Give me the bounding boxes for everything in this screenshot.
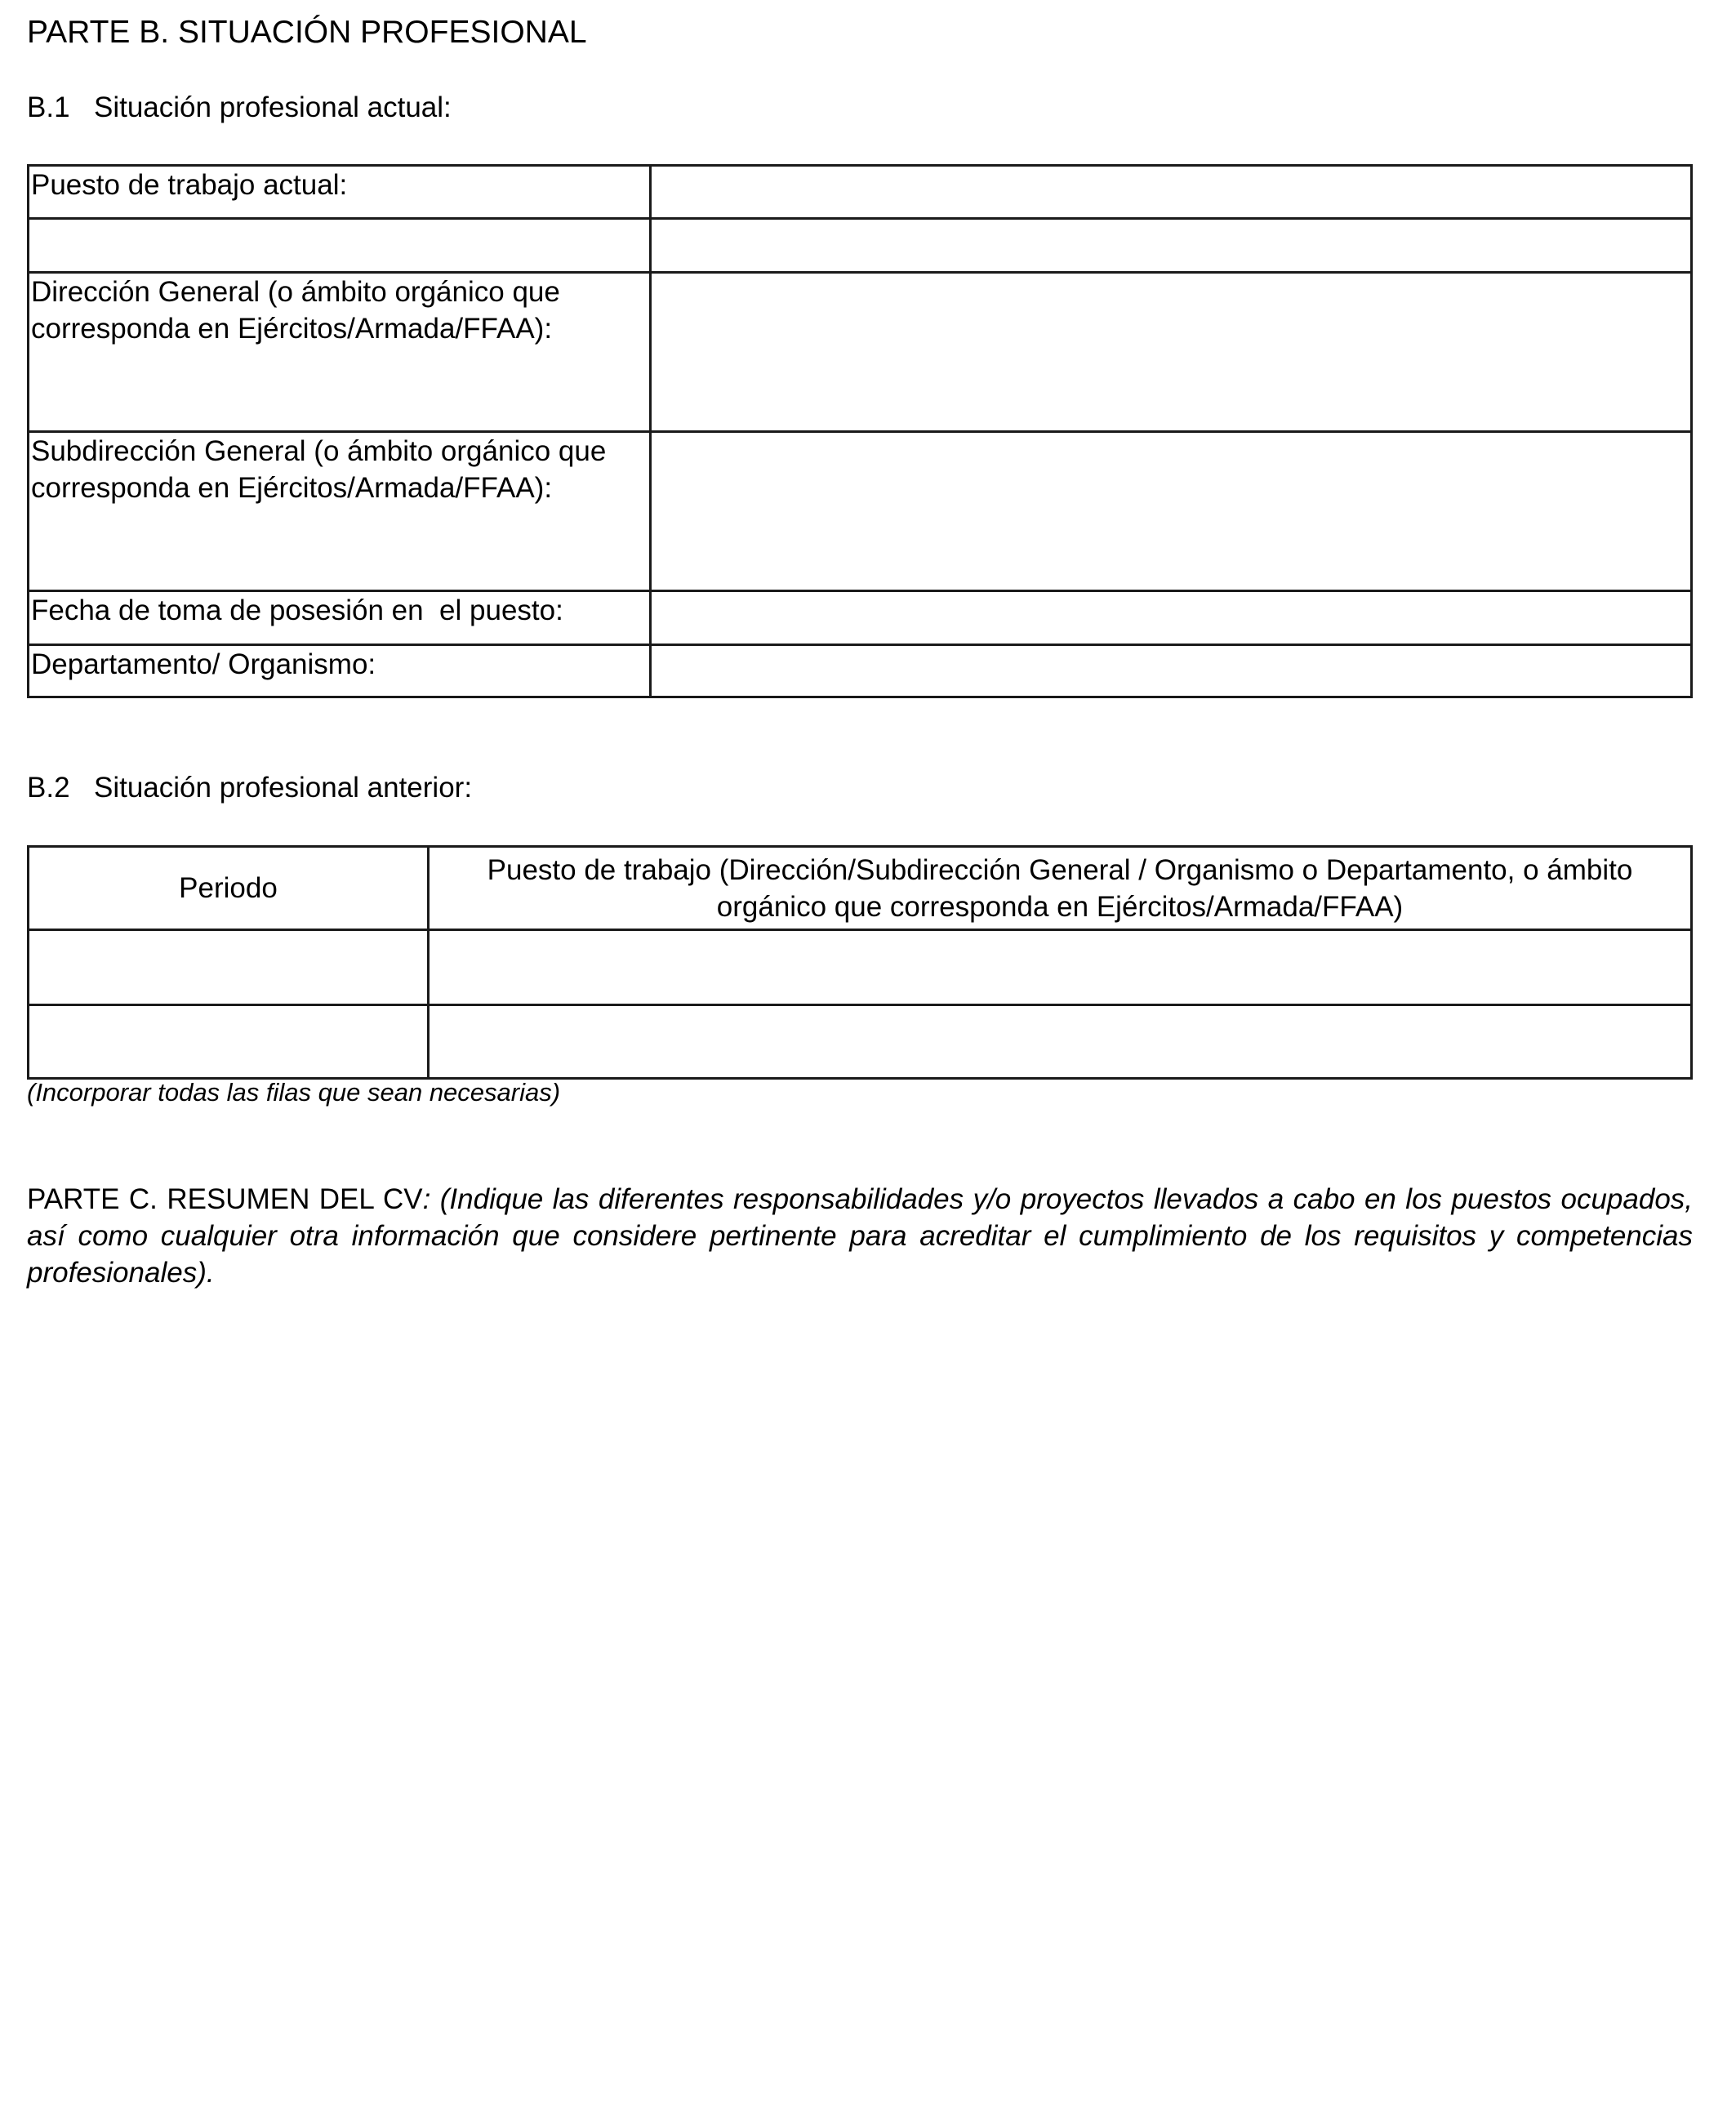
b2-number: B.2 <box>27 772 94 804</box>
parte-c-title: PARTE C. RESUMEN DEL CV <box>27 1183 423 1215</box>
add-rows-note: (Incorporar todas las filas que sean nec… <box>27 1078 560 1107</box>
field-label: Dirección General (o ámbito orgánico que… <box>29 273 651 432</box>
field-label: Subdirección General (o ámbito orgánico … <box>29 432 651 591</box>
column-header-periodo: Periodo <box>29 847 429 930</box>
table-row <box>29 930 1692 1005</box>
field-label <box>29 219 651 273</box>
previous-positions-table: Periodo Puesto de trabajo (Dirección/Sub… <box>27 845 1693 1080</box>
parte-b-title: PARTE B. SITUACIÓN PROFESIONAL <box>27 15 587 51</box>
field-label: Departamento/ Organismo: <box>29 645 651 697</box>
current-position-table: Puesto de trabajo actual: Dirección Gene… <box>27 164 1693 698</box>
puesto-field[interactable] <box>429 930 1692 1005</box>
b1-number: B.1 <box>27 91 94 124</box>
puesto-field[interactable] <box>429 1005 1692 1079</box>
table-row <box>29 219 1692 273</box>
puesto-actual-field[interactable] <box>651 166 1692 219</box>
b1-label: Situación profesional actual: <box>94 91 452 123</box>
table-row <box>29 1005 1692 1079</box>
table-row: Dirección General (o ámbito orgánico que… <box>29 273 1692 432</box>
subdireccion-general-field[interactable] <box>651 432 1692 591</box>
table-header-row: Periodo Puesto de trabajo (Dirección/Sub… <box>29 847 1692 930</box>
blank-field[interactable] <box>651 219 1692 273</box>
table-row: Subdirección General (o ámbito orgánico … <box>29 432 1692 591</box>
b1-heading: B.1Situación profesional actual: <box>27 91 452 124</box>
fecha-toma-posesion-field[interactable] <box>651 591 1692 645</box>
table-row: Fecha de toma de posesión en el puesto: <box>29 591 1692 645</box>
departamento-organismo-field[interactable] <box>651 645 1692 697</box>
table-row: Departamento/ Organismo: <box>29 645 1692 697</box>
field-label: Puesto de trabajo actual: <box>29 166 651 219</box>
b2-label: Situación profesional anterior: <box>94 772 472 804</box>
direccion-general-field[interactable] <box>651 273 1692 432</box>
field-label: Fecha de toma de posesión en el puesto: <box>29 591 651 645</box>
periodo-field[interactable] <box>29 1005 429 1079</box>
periodo-field[interactable] <box>29 930 429 1005</box>
parte-c-section: PARTE C. RESUMEN DEL CV: (Indique las di… <box>27 1181 1693 1291</box>
table-row: Puesto de trabajo actual: <box>29 166 1692 219</box>
b2-heading: B.2Situación profesional anterior: <box>27 772 472 804</box>
column-header-puesto: Puesto de trabajo (Dirección/Subdirecció… <box>429 847 1692 930</box>
